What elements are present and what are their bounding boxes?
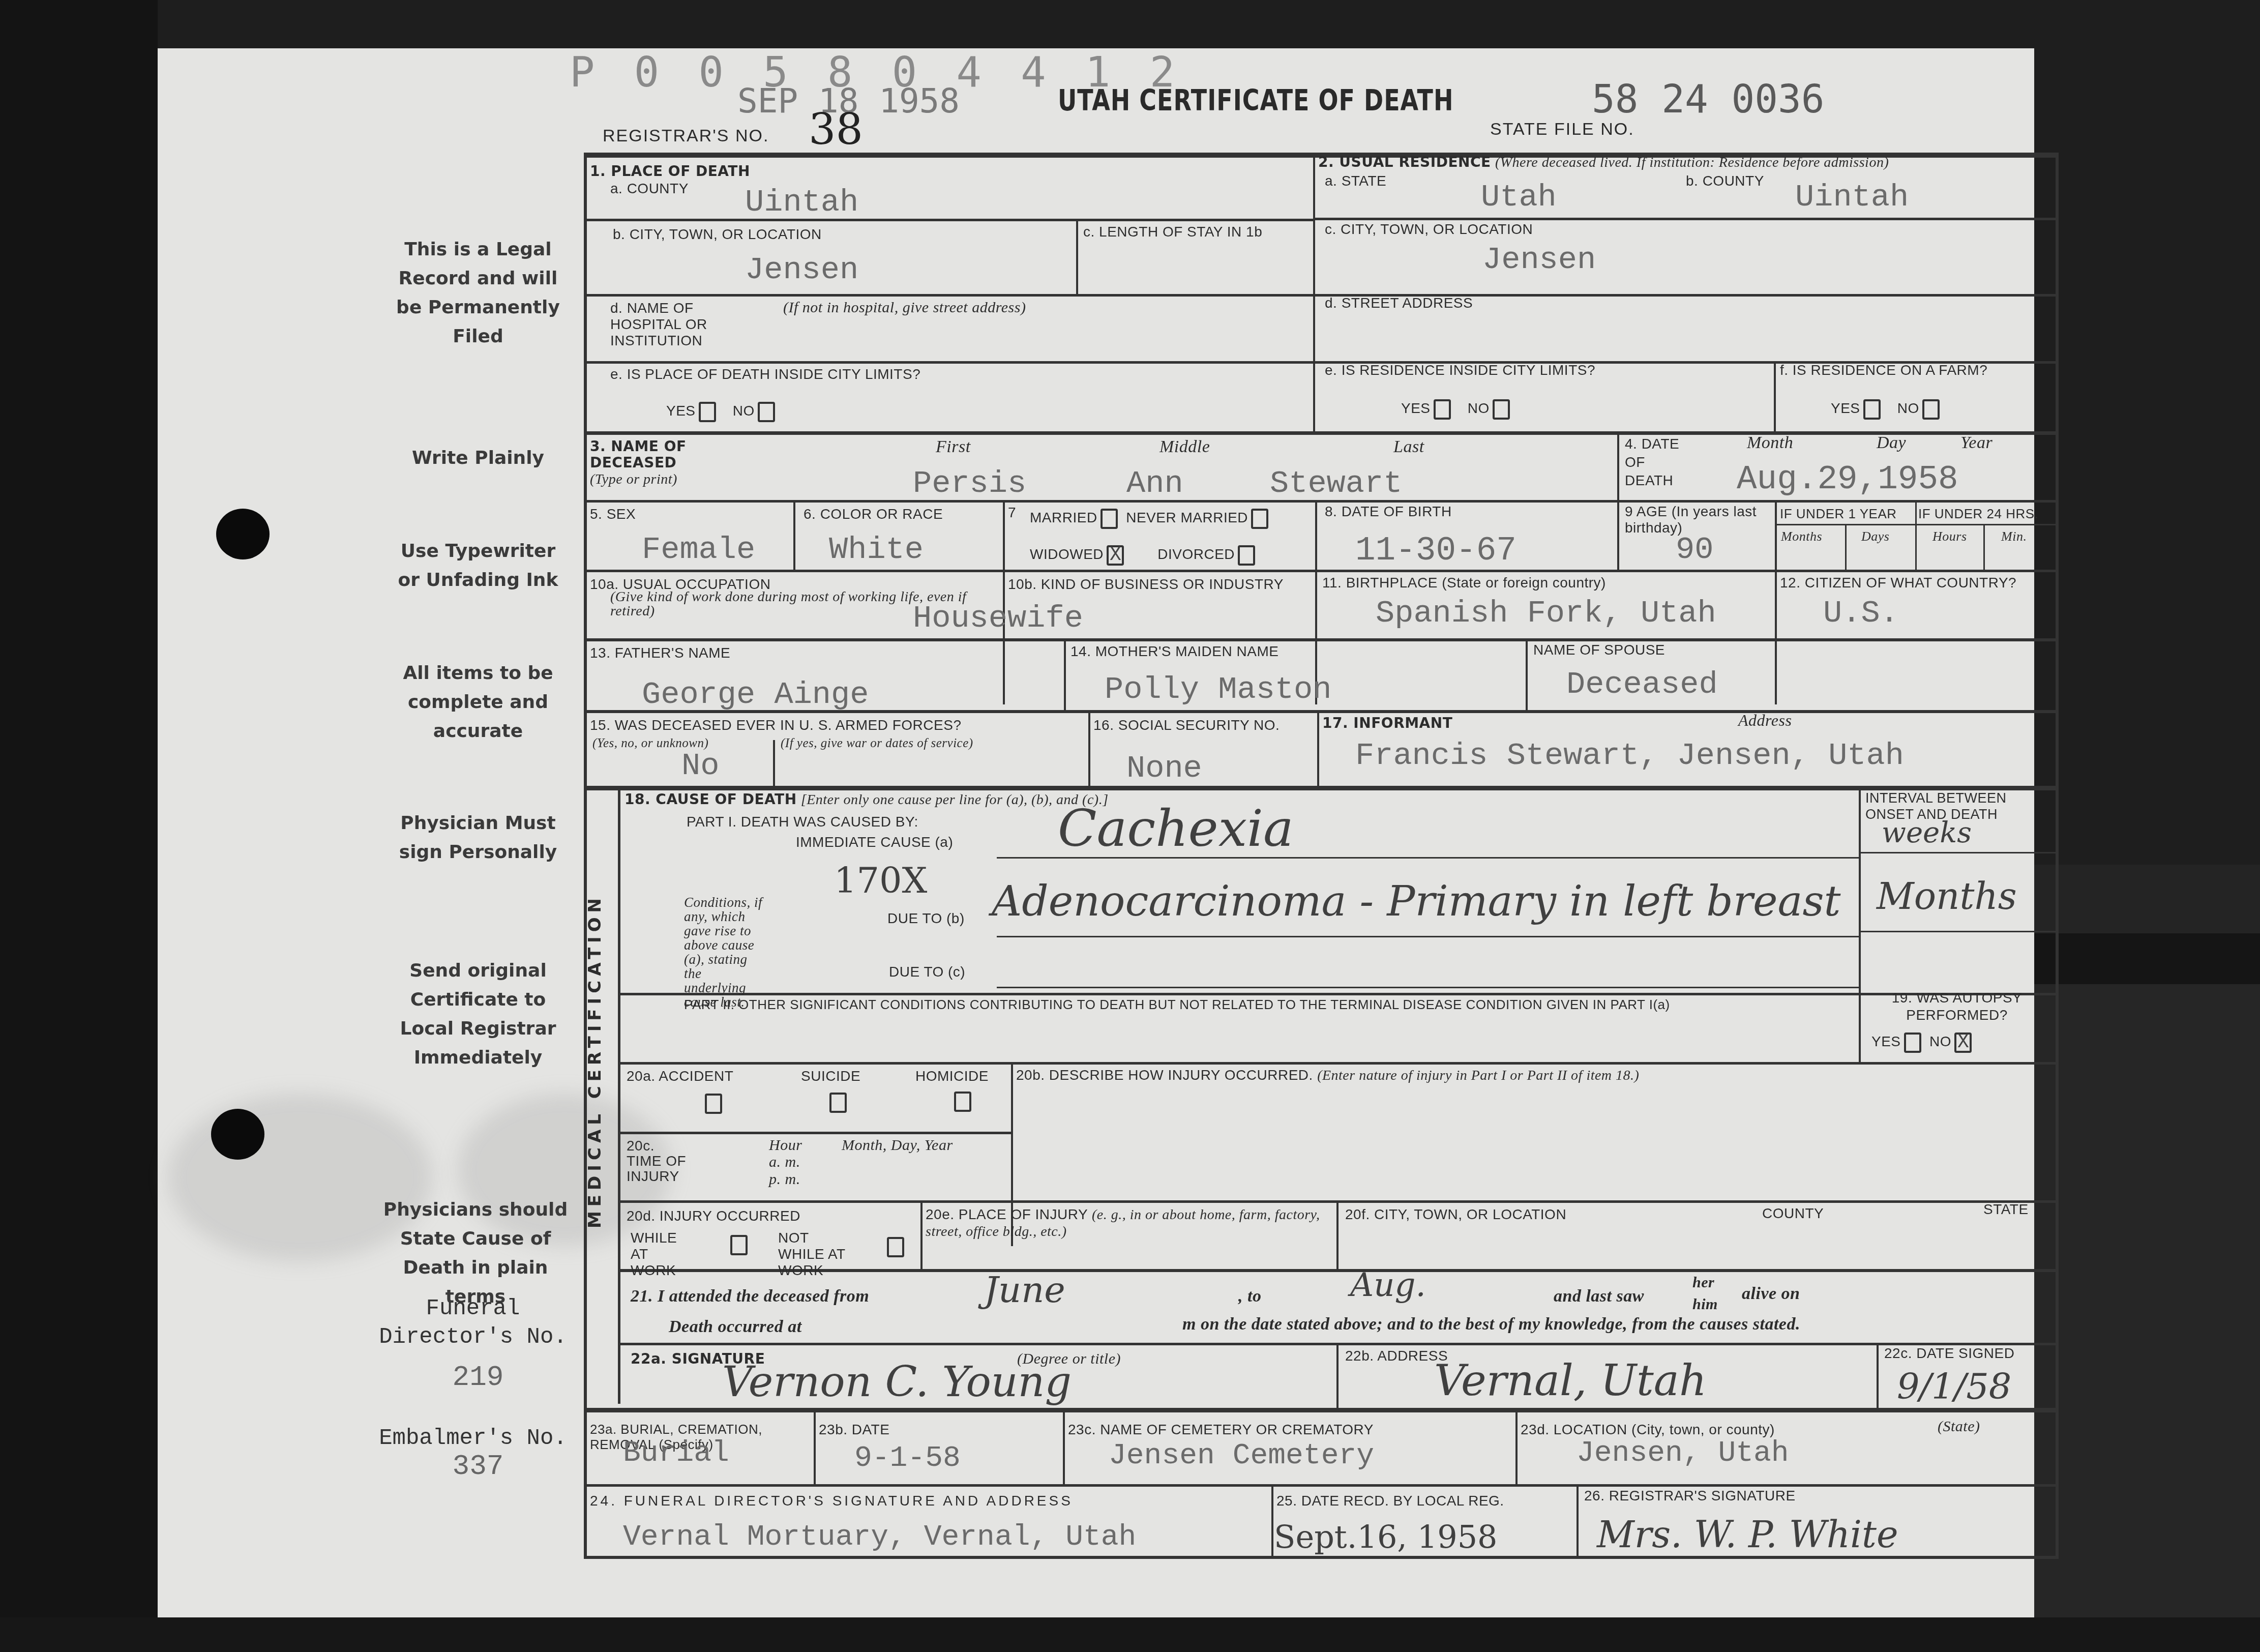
- divider: [1617, 501, 1619, 571]
- divider: [1859, 931, 2059, 932]
- hour-label: Hour: [769, 1137, 802, 1154]
- injury-city-label: 20f. CITY, TOWN, OR LOCATION: [1345, 1206, 1566, 1223]
- dob-label: 8. DATE OF BIRTH: [1325, 504, 1452, 520]
- father-field[interactable]: George Ainge: [642, 676, 869, 713]
- never-married-checkbox[interactable]: [1251, 509, 1268, 529]
- city-label: b. CITY, TOWN, OR LOCATION: [613, 226, 822, 243]
- immediate-cause-label: IMMEDIATE CAUSE (a): [796, 834, 953, 850]
- divider: [1076, 220, 1078, 295]
- margin-note-legal-record: This is a Legal Record and will be Perma…: [394, 235, 562, 351]
- county-label: a. COUNTY: [610, 181, 689, 197]
- death-occurred-label: Death occurred at: [669, 1317, 802, 1337]
- divider: [1915, 501, 1917, 571]
- cemetery-field[interactable]: Jensen Cemetery: [1109, 1439, 1374, 1472]
- divider: [1859, 788, 1861, 1063]
- document-title: UTAH CERTIFICATE OF DEATH: [1058, 83, 1454, 117]
- cemetery-label: 23c. NAME OF CEMETERY OR CREMATORY: [1068, 1422, 1374, 1438]
- first-name-label: First: [936, 437, 971, 457]
- residence-inside-limits-yes-checkbox[interactable]: [1434, 399, 1451, 420]
- divider: [584, 219, 1313, 221]
- address-label: 22b. ADDRESS: [1345, 1348, 1448, 1364]
- pm-label: p. m.: [769, 1171, 800, 1188]
- conditions-hint: Conditions, if any, which gave rise to a…: [684, 895, 765, 1009]
- how-injury-label: 20b. DESCRIBE HOW INJURY OCCURRED.: [1016, 1067, 1313, 1083]
- divider: [584, 638, 2059, 641]
- industry-label: 10b. KIND OF BUSINESS OR INDUSTRY: [1008, 576, 1284, 593]
- residence-county-field[interactable]: Uintah: [1795, 179, 1909, 215]
- divider: [793, 501, 795, 571]
- yes-label: YES: [1831, 400, 1860, 416]
- margin-note-write-plainly: Write Plainly: [394, 444, 562, 473]
- ssn-label: 16. SOCIAL SECURITY NO.: [1093, 717, 1280, 733]
- date-recd-label: 25. DATE RECD. BY LOCAL REG.: [1276, 1493, 1504, 1509]
- attended-text: 21. I attended the deceased from: [631, 1287, 869, 1306]
- divider: [618, 788, 620, 1404]
- burial-date-label: 23b. DATE: [819, 1422, 889, 1438]
- under-1yr-label: IF UNDER 1 YEAR: [1780, 506, 1897, 522]
- street-address-label: d. STREET ADDRESS: [1325, 295, 1473, 311]
- citizen-label: 12. CITIZEN OF WHAT COUNTRY?: [1780, 575, 2016, 591]
- divider: [1774, 361, 1776, 432]
- interval-a-field[interactable]: weeks: [1882, 816, 1972, 849]
- last-saw-label: and last saw: [1554, 1287, 1644, 1306]
- divider: [1336, 1344, 1339, 1410]
- spouse-field[interactable]: Deceased: [1566, 666, 1718, 702]
- divorced-checkbox[interactable]: [1238, 545, 1255, 566]
- last-name-field[interactable]: Stewart: [1270, 465, 1402, 501]
- death-county-field[interactable]: Uintah: [745, 184, 858, 220]
- birthplace-label: 11. BIRTHPLACE (State or foreign country…: [1322, 575, 1606, 591]
- usual-residence-hint: (Where deceased lived. If institution: R…: [1495, 155, 1889, 170]
- mother-label: 14. MOTHER'S MAIDEN NAME: [1070, 643, 1278, 660]
- yes-label: YES: [1401, 400, 1431, 416]
- hours-label: Hours: [1932, 529, 1967, 544]
- farm-no-checkbox[interactable]: [1922, 399, 1940, 420]
- am-label: a. m.: [769, 1154, 800, 1171]
- suicide-label: SUICIDE: [801, 1068, 860, 1084]
- mdy-label: Month, Day, Year: [842, 1137, 953, 1154]
- never-married-label: NEVER MARRIED: [1126, 510, 1248, 525]
- registrar-signature-label: 26. REGISTRAR'S SIGNATURE: [1584, 1488, 1796, 1504]
- hospital-label: d. NAME OF HOSPITAL OR INSTITUTION: [610, 300, 753, 349]
- divider: [1983, 524, 1985, 571]
- part2-label: PART II. OTHER SIGNIFICANT CONDITIONS CO…: [684, 997, 1670, 1013]
- registrars-no-value: 38: [809, 104, 863, 154]
- autopsy-yes-checkbox[interactable]: [1904, 1032, 1921, 1053]
- divorced-label: DIVORCED: [1157, 546, 1235, 562]
- accident-checkbox[interactable]: [705, 1094, 722, 1114]
- divider: [620, 993, 2059, 995]
- cause-c-line: [997, 987, 1859, 988]
- divider: [1313, 153, 1315, 432]
- divider: [1859, 852, 2059, 853]
- date-of-death-field[interactable]: Aug.29,1958: [1737, 460, 1958, 498]
- scan-background-right: [2029, 865, 2260, 933]
- yes-label: YES: [1871, 1034, 1901, 1049]
- registrars-no-label: REGISTRAR'S NO.: [603, 126, 769, 146]
- residence-state-label: a. STATE: [1325, 173, 1386, 189]
- usual-residence-header: 2. USUAL RESIDENCE: [1318, 154, 1491, 170]
- no-label: NO: [733, 403, 755, 419]
- months-label: Months: [1781, 529, 1822, 544]
- due-to-b-field[interactable]: Adenocarcinoma - Primary in left breast: [992, 877, 1840, 926]
- name-hint: (Type or print): [590, 471, 677, 487]
- divider: [1313, 218, 2059, 220]
- cause-b-line: [997, 936, 1859, 937]
- margin-note-physician-sign: Physician Must sign Personally: [394, 809, 562, 867]
- divider: [1617, 432, 1619, 501]
- scan-background-bottom: [0, 1617, 2260, 1652]
- divider: [584, 1408, 2059, 1412]
- location-state-label: (State): [1938, 1418, 1980, 1435]
- margin-note-send-original: Send original Certificate to Local Regis…: [394, 956, 562, 1072]
- widowed-checkbox[interactable]: [1107, 545, 1124, 566]
- no-label: NO: [1468, 400, 1490, 416]
- divider: [1317, 711, 1319, 787]
- divider: [1063, 1411, 1065, 1485]
- middle-name-field[interactable]: Ann: [1126, 465, 1183, 501]
- divider: [620, 1200, 2059, 1203]
- suicide-checkbox[interactable]: [829, 1093, 847, 1113]
- divider: [773, 740, 775, 788]
- due-to-b-label: DUE TO (b): [887, 910, 965, 927]
- race-field[interactable]: White: [829, 532, 924, 568]
- divider: [1336, 1201, 1339, 1270]
- married-label: MARRIED: [1030, 510, 1097, 525]
- occupation-field[interactable]: Housewife: [913, 600, 1083, 636]
- divider: [1577, 1485, 1579, 1556]
- divider: [920, 1201, 923, 1270]
- name-of-deceased-label: 3. NAME OF DECEASED: [590, 438, 687, 471]
- interval-b-field[interactable]: Months: [1877, 875, 2017, 918]
- not-while-at-work-label: NOT WHILE AT WORK: [778, 1230, 849, 1279]
- cause-code: 170X: [834, 860, 927, 901]
- informant-field[interactable]: Francis Stewart, Jensen, Utah: [1355, 737, 1904, 774]
- injury-occurred-label: 20d. INJURY OCCURRED: [627, 1208, 800, 1224]
- death-inside-limits-yes-checkbox[interactable]: [699, 402, 716, 422]
- widowed-label: WIDOWED: [1030, 546, 1104, 562]
- under-24h-label: IF UNDER 24 HRS.: [1918, 506, 2038, 522]
- marital-label: 7: [1008, 505, 1016, 521]
- father-label: 13. FATHER'S NAME: [590, 645, 730, 661]
- registrar-signature-field[interactable]: Mrs. W. P. White: [1597, 1513, 1898, 1556]
- divider: [1271, 1485, 1273, 1556]
- how-injury-hint: (Enter nature of injury in Part I or Par…: [1317, 1068, 1639, 1083]
- divider: [1845, 524, 1847, 571]
- physician-address-field[interactable]: Vernal, Utah: [1434, 1355, 1707, 1405]
- dob-field[interactable]: 11-30-67: [1355, 532, 1516, 570]
- divider: [620, 1062, 2059, 1065]
- to-label: , to: [1238, 1287, 1261, 1306]
- punch-hole-upper: [216, 509, 270, 559]
- her-label: her: [1692, 1274, 1714, 1291]
- ssn-field[interactable]: None: [1126, 750, 1202, 786]
- farm-yes-checkbox[interactable]: [1863, 399, 1881, 420]
- divider: [584, 570, 2059, 572]
- while-at-work-label: WHILE AT WORK: [631, 1230, 697, 1279]
- citizen-field[interactable]: U.S.: [1823, 595, 1899, 631]
- funeral-director-label: 24. FUNERAL DIRECTOR'S SIGNATURE AND ADD…: [590, 1493, 1073, 1509]
- divider: [620, 1343, 2059, 1345]
- days-label: Days: [1861, 529, 1889, 544]
- margin-note-cause-plain: Physicians should State Cause of Death i…: [374, 1195, 577, 1311]
- attended-to-field[interactable]: Aug.: [1350, 1266, 1426, 1304]
- birthplace-field[interactable]: Spanish Fork, Utah: [1376, 595, 1716, 631]
- armed-forces-label: 15. WAS DECEASED EVER IN U. S. ARMED FOR…: [590, 717, 961, 733]
- divider: [584, 294, 2059, 297]
- divider: [1088, 711, 1090, 787]
- divider: [1877, 1344, 1879, 1410]
- day-label: Day: [1877, 433, 1906, 453]
- death-occurred-tail: m on the date stated above; and to the b…: [1182, 1315, 1800, 1334]
- residence-city-label: c. CITY, TOWN, OR LOCATION: [1325, 221, 1533, 238]
- date-signed-label: 22c. DATE SIGNED: [1884, 1345, 2014, 1362]
- first-name-field[interactable]: Persis: [913, 465, 1026, 501]
- residence-inside-limits-no-checkbox[interactable]: [1493, 399, 1510, 420]
- funeral-director-no-value: 219: [394, 1363, 562, 1392]
- min-label: Min.: [2001, 529, 2027, 544]
- scan-background-right: [2029, 933, 2260, 984]
- location-label: 23d. LOCATION (City, town, or county): [1521, 1422, 1775, 1438]
- injury-county-label: COUNTY: [1762, 1205, 1824, 1222]
- him-label: him: [1692, 1296, 1718, 1313]
- residence-inside-limits-label: e. IS RESIDENCE INSIDE CITY LIMITS?: [1325, 362, 1595, 378]
- middle-name-label: Middle: [1159, 437, 1210, 457]
- no-label: NO: [1929, 1034, 1951, 1049]
- death-inside-limits-no-checkbox[interactable]: [758, 402, 775, 422]
- informant-label: 17. INFORMANT: [1322, 715, 1452, 731]
- date-recd-field[interactable]: Sept.16, 1958: [1274, 1518, 1498, 1555]
- due-to-c-label: DUE TO (c): [889, 964, 965, 980]
- accident-label: 20a. ACCIDENT: [627, 1068, 733, 1084]
- length-stay-label: c. LENGTH OF STAY IN 1b: [1083, 224, 1262, 240]
- part1-label: PART I. DEATH WAS CAUSED BY:: [687, 814, 918, 830]
- margin-note-complete: All items to be complete and accurate: [394, 659, 562, 746]
- funeral-director-no-label: Funeral Director's No.: [379, 1294, 567, 1351]
- date-signed-field[interactable]: 9/1/58: [1897, 1366, 2011, 1407]
- divider: [584, 431, 2059, 435]
- injury-state-label: STATE: [1983, 1201, 2029, 1218]
- homicide-label: HOMICIDE: [915, 1068, 989, 1084]
- last-name-label: Last: [1393, 437, 1424, 457]
- informant-address-label: Address: [1738, 711, 1792, 730]
- state-file-no-value: 58 24 0036: [1592, 76, 1825, 122]
- year-label: Year: [1960, 433, 1993, 453]
- while-at-work-checkbox[interactable]: [730, 1235, 748, 1255]
- divider: [1515, 1411, 1518, 1485]
- residence-county-label: b. COUNTY: [1686, 173, 1764, 189]
- embalmer-no-value: 337: [394, 1452, 562, 1481]
- divider: [1775, 501, 1777, 704]
- age-field[interactable]: 90: [1676, 532, 1713, 568]
- hospital-hint: (If not in hospital, give street address…: [783, 299, 1026, 316]
- sex-field[interactable]: Female: [642, 532, 755, 568]
- homicide-checkbox[interactable]: [954, 1091, 971, 1112]
- state-file-no-label: STATE FILE NO.: [1490, 120, 1634, 139]
- mother-field[interactable]: Polly Maston: [1105, 671, 1331, 707]
- divider: [1064, 640, 1066, 711]
- cause-of-death-header: 18. CAUSE OF DEATH: [625, 791, 797, 808]
- scan-background-left: [0, 0, 158, 1652]
- funeral-director-field[interactable]: Vernal Mortuary, Vernal, Utah: [623, 1521, 1136, 1554]
- divider: [1775, 524, 2059, 525]
- yes-label: YES: [666, 403, 696, 419]
- sex-label: 5. SEX: [590, 506, 636, 522]
- divider: [814, 1411, 816, 1485]
- divider: [1526, 640, 1528, 711]
- scan-background-right: [2034, 984, 2260, 1630]
- autopsy-label: 19. WAS AUTOPSY PERFORMED?: [1865, 989, 2048, 1024]
- residence-city-field[interactable]: Jensen: [1482, 242, 1596, 278]
- autopsy-no-checkbox[interactable]: [1954, 1032, 1972, 1053]
- farm-label: f. IS RESIDENCE ON A FARM?: [1780, 362, 1987, 378]
- death-inside-limits-label: e. IS PLACE OF DEATH INSIDE CITY LIMITS?: [610, 366, 920, 382]
- margin-note-typewriter: Use Typewriter or Unfading Ink: [394, 537, 562, 595]
- punch-hole-lower: [211, 1109, 264, 1160]
- attended-from-field[interactable]: June: [984, 1269, 1065, 1311]
- embalmer-no-label: Embalmer's No.: [379, 1424, 567, 1453]
- divider: [584, 786, 2059, 790]
- married-checkbox[interactable]: [1101, 509, 1118, 529]
- location-field[interactable]: Jensen, Utah: [1577, 1437, 1789, 1470]
- not-while-at-work-checkbox[interactable]: [887, 1237, 904, 1257]
- spouse-label: NAME OF SPOUSE: [1533, 642, 1665, 658]
- month-label: Month: [1747, 433, 1793, 453]
- no-label: NO: [1897, 400, 1919, 416]
- armed-forces-field[interactable]: No: [681, 748, 719, 784]
- divider: [584, 1484, 2059, 1487]
- armed-war-hint: (If yes, give war or dates of service): [781, 736, 973, 751]
- alive-on-label: alive on: [1742, 1284, 1800, 1304]
- burial-date-field[interactable]: 9-1-58: [854, 1442, 961, 1475]
- time-injury-label: 20c. TIME OF INJURY: [627, 1138, 688, 1184]
- death-city-field[interactable]: Jensen: [745, 252, 858, 288]
- place-of-death-header: 1. PLACE OF DEATH: [590, 163, 750, 180]
- physician-signature[interactable]: Vernon C. Young: [722, 1358, 1072, 1406]
- disposition-field[interactable]: Burial: [623, 1437, 729, 1470]
- race-label: 6. COLOR OR RACE: [804, 506, 943, 522]
- immediate-cause-field[interactable]: Cachexia: [1058, 799, 1294, 858]
- medical-certification-side-label: MEDICAL CERTIFICATION: [585, 1203, 605, 1228]
- date-of-death-label: 4. DATE OF DEATH: [1625, 435, 1681, 490]
- place-injury-label: 20e. PLACE OF INJURY: [926, 1206, 1088, 1222]
- residence-state-field[interactable]: Utah: [1481, 179, 1557, 215]
- divider: [620, 1132, 1011, 1134]
